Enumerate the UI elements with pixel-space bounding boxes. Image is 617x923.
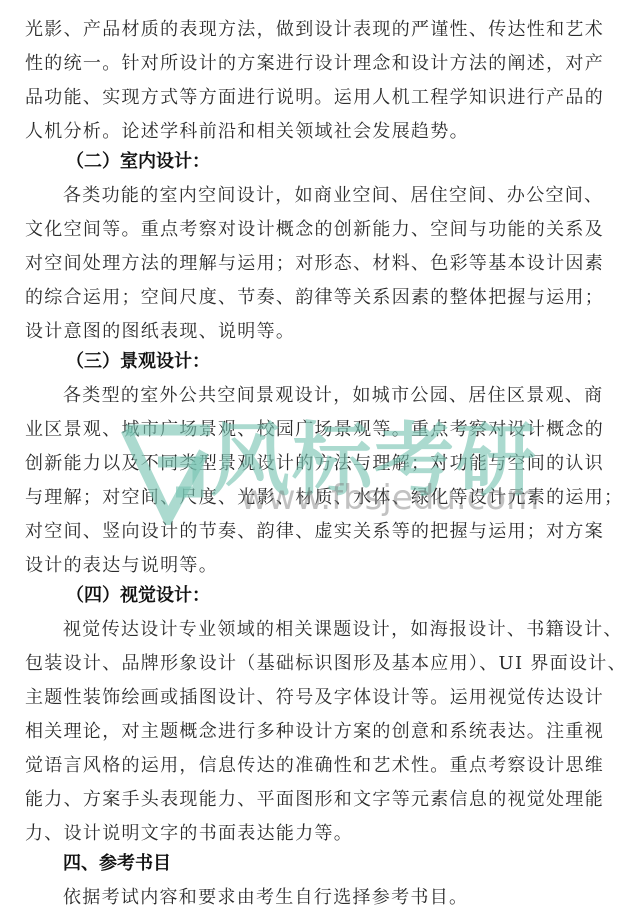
paragraph-line: 对空间处理方法的理解与运用；对形态、材料、色彩等基本设计因素 [25, 247, 595, 281]
paragraph-line: 觉语言风格的运用，信息传达的准确性和艺术性。重点考察设计思维 [25, 749, 595, 783]
paragraph-line: 包装设计、品牌形象设计（基础标识图形及基本应用）、UI 界面设计、 [25, 647, 595, 681]
paragraph-line: 设计的表达与说明等。 [25, 549, 595, 583]
paragraph-line: 主题性装饰绘画或插图设计、符号及字体设计等。运用视觉传达设计 [25, 681, 595, 715]
paragraph-line: 光影、产品材质的表现方法，做到设计表现的严谨性、传达性和艺术 [25, 13, 595, 47]
section-heading-references: 四、参考书目 [63, 847, 171, 881]
paragraph-line: 创新能力以及不同类型景观设计的方法与理解；对功能与空间的认识 [25, 447, 595, 481]
paragraph-line: 设计意图的图纸表现、说明等。 [25, 315, 595, 349]
section-heading-landscape: （三）景观设计： [66, 345, 210, 379]
section-heading-interior: （二）室内设计： [66, 145, 210, 179]
paragraph-line: 与理解；对空间、尺度、光影、材质、水体、绿化等设计元素的运用； [25, 481, 595, 515]
paragraph-line: 各类型的室外公共空间景观设计，如城市公园、居住区景观、商 [63, 379, 617, 413]
paragraph-line: 能力、方案手头表现能力、平面图形和文字等元素信息的视觉处理能 [25, 783, 595, 817]
paragraph-line: 视觉传达设计专业领域的相关课题设计，如海报设计、书籍设计、 [63, 613, 617, 647]
section-heading-visual: （四）视觉设计： [66, 579, 210, 613]
paragraph-line: 的综合运用；空间尺度、节奏、韵律等关系因素的整体把握与运用； [25, 281, 595, 315]
paragraph-line: 业区景观、城市广场景观、校园广场景观等。重点考察对设计概念的 [25, 413, 595, 447]
paragraph-line: 对空间、竖向设计的节奏、韵律、虚实关系等的把握与运用；对方案 [25, 515, 595, 549]
paragraph-line: 文化空间等。重点考察对设计概念的创新能力、空间与功能的关系及 [25, 213, 595, 247]
paragraph-line: 人机分析。论述学科前沿和相关领域社会发展趋势。 [25, 115, 595, 149]
paragraph-line: 各类功能的室内空间设计，如商业空间、居住空间、办公空间、 [63, 179, 617, 213]
paragraph-line: 依据考试内容和要求由考生自行选择参考书目。 [63, 881, 617, 915]
paragraph-line: 性的统一。针对所设计的方案进行设计理念和设计方法的阐述，对产 [25, 47, 595, 81]
paragraph-line: 品功能、实现方式等方面进行说明。运用人机工程学知识进行产品的 [25, 81, 595, 115]
document-page: 光影、产品材质的表现方法，做到设计表现的严谨性、传达性和艺术 性的统一。针对所设… [0, 0, 617, 923]
paragraph-line: 力、设计说明文字的书面表达能力等。 [25, 817, 595, 851]
paragraph-line: 相关理论，对主题概念进行多种设计方案的创意和系统表达。注重视 [25, 715, 595, 749]
